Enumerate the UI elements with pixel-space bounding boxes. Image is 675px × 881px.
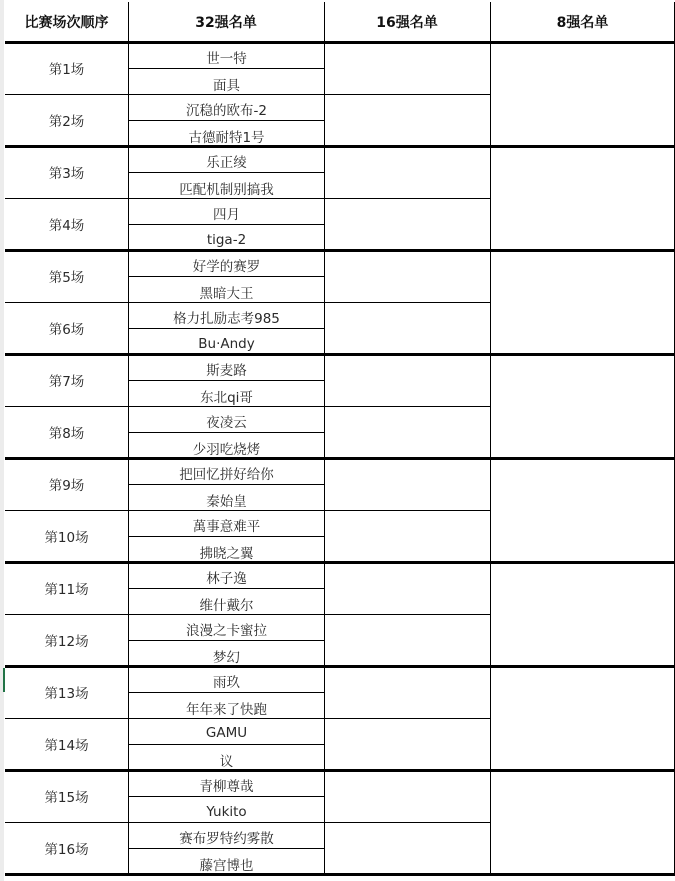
match-label: 第10场	[5, 510, 128, 562]
match-label: 第1场	[5, 42, 128, 94]
cell-divider	[128, 484, 324, 485]
match-label: 第11场	[5, 562, 128, 614]
player-cell[interactable]: 浪漫之卡蜜拉	[129, 614, 324, 640]
player-cell[interactable]: 议	[129, 744, 324, 770]
cell-divider	[128, 380, 324, 381]
player-cell[interactable]: 雨玖	[129, 666, 324, 692]
top16-cell[interactable]	[325, 666, 490, 718]
match-label: 第2场	[5, 94, 128, 146]
player-cell[interactable]: 维什戴尔	[129, 588, 324, 614]
cell-divider	[128, 848, 324, 849]
player-cell[interactable]: 四月	[129, 198, 324, 224]
match-label: 第7场	[5, 354, 128, 406]
match-label: 第13场	[5, 666, 128, 718]
player-cell[interactable]: 匹配机制别搞我	[129, 172, 324, 198]
cell-divider	[128, 640, 324, 641]
cell-divider	[128, 120, 324, 121]
player-cell[interactable]: 斯麦路	[129, 354, 324, 380]
cell-divider	[128, 172, 324, 173]
cell-divider	[128, 796, 324, 797]
player-cell[interactable]: Yukito	[129, 796, 324, 822]
cell-divider	[128, 588, 324, 589]
player-cell[interactable]: 夜凌云	[129, 406, 324, 432]
player-cell[interactable]: 乐正绫	[129, 146, 324, 172]
cell-divider	[128, 68, 324, 69]
player-cell[interactable]: 世一特	[129, 42, 324, 68]
top8-cell[interactable]	[491, 562, 674, 666]
top16-cell[interactable]	[325, 42, 490, 94]
player-cell[interactable]: 萬事意难平	[129, 510, 324, 536]
cell-divider	[128, 432, 324, 433]
player-cell[interactable]: 藤宫博也	[129, 848, 324, 874]
player-cell[interactable]: 梦幻	[129, 640, 324, 666]
top16-cell[interactable]	[325, 302, 490, 354]
match-label: 第9场	[5, 458, 128, 510]
player-cell[interactable]: 沉稳的欧布-2	[129, 94, 324, 120]
player-cell[interactable]: 少羽吃烧烤	[129, 432, 324, 458]
player-cell[interactable]: 黑暗大王	[129, 276, 324, 302]
top8-cell[interactable]	[491, 666, 674, 770]
top8-cell[interactable]	[491, 42, 674, 146]
player-cell[interactable]: 拂晓之翼	[129, 536, 324, 562]
cell-divider	[128, 328, 324, 329]
top16-cell[interactable]	[325, 718, 490, 770]
top16-cell[interactable]	[325, 770, 490, 822]
player-cell[interactable]: 古德耐特1号	[129, 120, 324, 146]
header-top32: 32强名单	[128, 2, 324, 42]
top8-cell[interactable]	[491, 146, 674, 250]
cell-divider	[128, 744, 324, 745]
top16-cell[interactable]	[325, 250, 490, 302]
player-cell[interactable]: 青柳尊哉	[129, 770, 324, 796]
row-header-gutter	[0, 0, 4, 881]
cell-divider	[128, 536, 324, 537]
match-label: 第4场	[5, 198, 128, 250]
header-top8: 8强名单	[490, 2, 675, 42]
top8-cell[interactable]	[491, 250, 674, 354]
top16-cell[interactable]	[325, 562, 490, 614]
player-cell[interactable]: 面具	[129, 68, 324, 94]
top8-cell[interactable]	[491, 458, 674, 562]
player-cell[interactable]: 年年来了快跑	[129, 692, 324, 718]
top16-cell[interactable]	[325, 198, 490, 250]
header-match-order: 比赛场次顺序	[5, 2, 128, 42]
header-top16: 16强名单	[324, 2, 490, 42]
cell-divider	[128, 224, 324, 225]
match-label: 第5场	[5, 250, 128, 302]
top16-cell[interactable]	[325, 458, 490, 510]
top16-cell[interactable]	[325, 406, 490, 458]
player-cell[interactable]: GAMU	[129, 718, 324, 744]
top16-cell[interactable]	[325, 354, 490, 406]
top16-cell[interactable]	[325, 614, 490, 666]
top16-cell[interactable]	[325, 510, 490, 562]
player-cell[interactable]: 东北qi哥	[129, 380, 324, 406]
cell-divider	[128, 276, 324, 277]
player-cell[interactable]: tiga-2	[129, 224, 324, 250]
top8-cell[interactable]	[491, 354, 674, 458]
top16-cell[interactable]	[325, 822, 490, 874]
player-cell[interactable]: 格力扎励志考985	[129, 302, 324, 328]
player-cell[interactable]: 林子逸	[129, 562, 324, 588]
player-cell[interactable]: 把回忆拼好给你	[129, 458, 324, 484]
top8-cell[interactable]	[491, 770, 674, 874]
player-cell[interactable]: 秦始皇	[129, 484, 324, 510]
top16-cell[interactable]	[325, 146, 490, 198]
match-label: 第15场	[5, 770, 128, 822]
match-label: 第3场	[5, 146, 128, 198]
match-label: 第16场	[5, 822, 128, 874]
cell-divider	[128, 692, 324, 693]
match-label: 第6场	[5, 302, 128, 354]
player-cell[interactable]: Bu·Andy	[129, 328, 324, 354]
player-cell[interactable]: 好学的赛罗	[129, 250, 324, 276]
match-label: 第8场	[5, 406, 128, 458]
match-label: 第14场	[5, 718, 128, 770]
match-label: 第12场	[5, 614, 128, 666]
player-cell[interactable]: 赛布罗特约雾散	[129, 822, 324, 848]
top16-cell[interactable]	[325, 94, 490, 146]
